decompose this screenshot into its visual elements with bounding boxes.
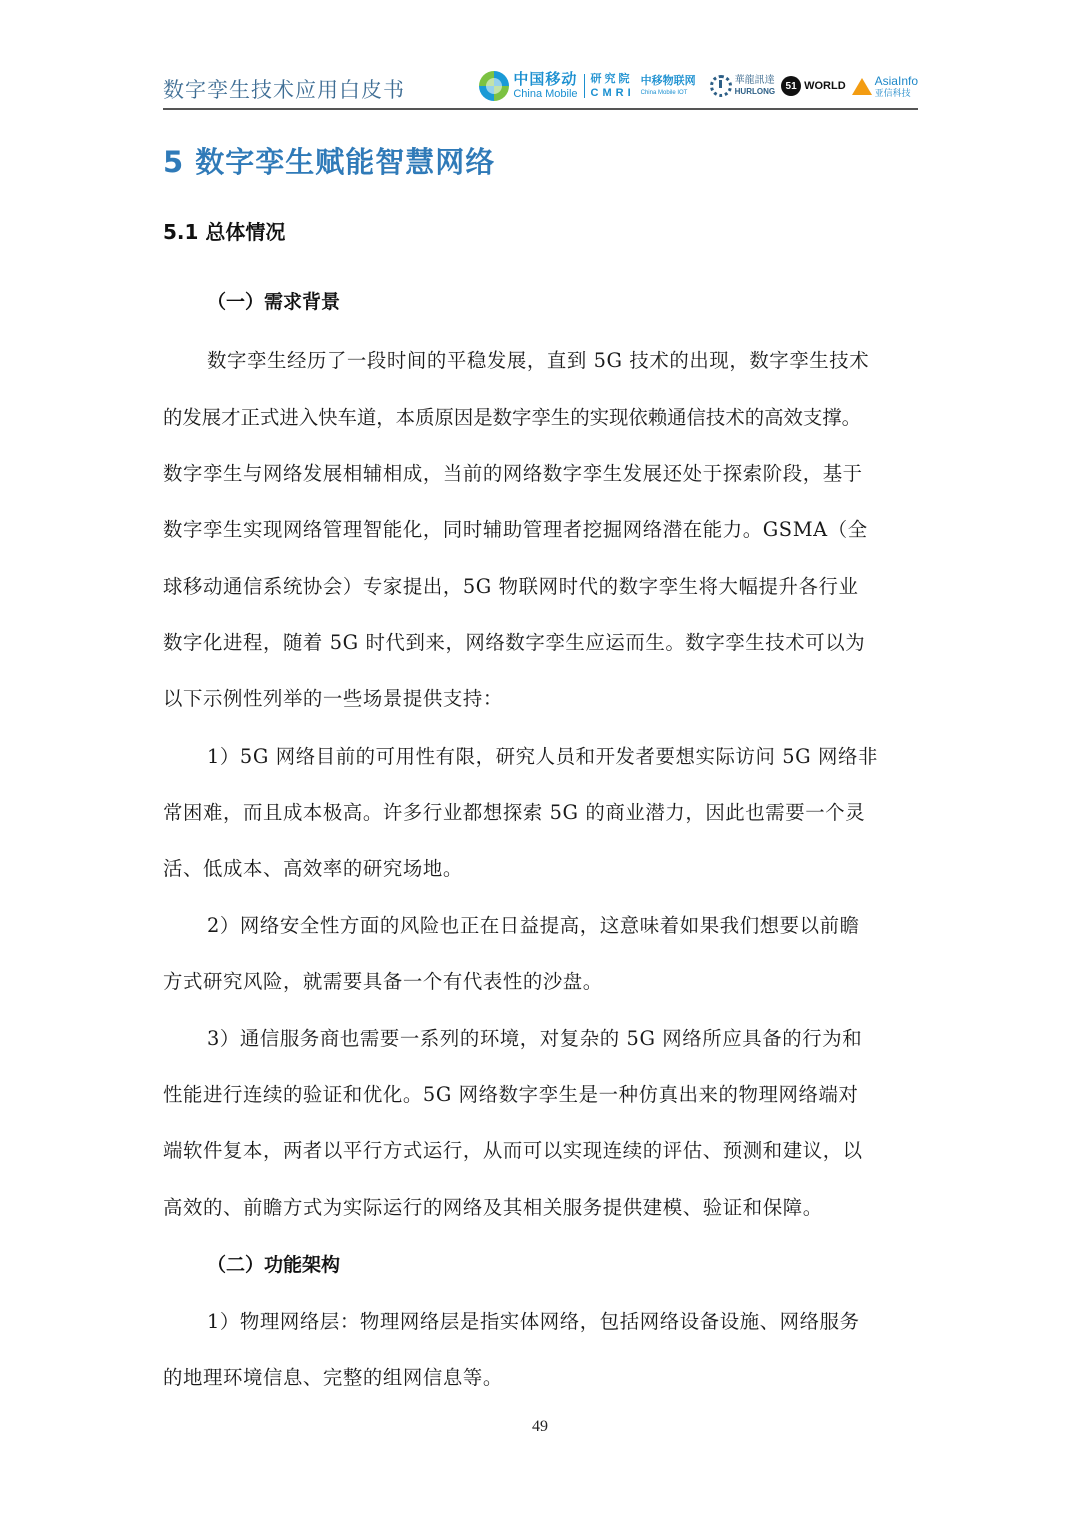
page-header: 数字孪生技术应用白皮书 中国移动 China Mobile 研究院 CMRI 中… [163, 62, 918, 108]
iot-cn: 中移物联网 [641, 76, 696, 87]
paragraph-line: 球移动通信系统协会）专家提出，5G 物联网时代的数字孪生将大幅提升各行业 [163, 571, 858, 599]
51world-logo: 51 WORLD [781, 76, 846, 96]
subsection-heading: （二）功能架构 [207, 1250, 340, 1277]
document-title: 数字孪生技术应用白皮书 [163, 74, 405, 104]
asiainfo-logo: AsiaInfo 亚信科技 [852, 75, 918, 98]
china-mobile-iot-logo: 中移物联网 China Mobile IOT [641, 76, 696, 96]
list-item-line: 高效的、前瞻方式为实际运行的网络及其相关服务提供建模、验证和保障。 [163, 1192, 823, 1220]
paragraph-line: 数字孪生经历了一段时间的平稳发展，直到 5G 技术的出现，数字孪生技术 [207, 345, 869, 373]
list-item-line: 活、低成本、高效率的研究场地。 [163, 853, 463, 881]
hurlong-gear-icon [710, 75, 732, 97]
page-number: 49 [0, 1418, 1080, 1436]
subsection-heading: （一）需求背景 [207, 287, 340, 314]
list-item-line: 1）物理网络层：物理网络层是指实体网络，包括网络设备设施、网络服务 [207, 1306, 860, 1334]
hurlong-logo: 華龍訊達 HURLONG [710, 75, 775, 97]
asiainfo-triangle-icon [852, 78, 872, 95]
51world-text: WORLD [804, 80, 846, 92]
list-item-line: 1）5G 网络目前的可用性有限，研究人员和开发者要想实际访问 5G 网络非 [207, 741, 878, 769]
list-item-line: 性能进行连续的验证和优化。5G 网络数字孪生是一种仿真出来的物理网络端对 [163, 1079, 858, 1107]
list-item-line: 常困难，而且成本极高。许多行业都想探索 5G 的商业潜力，因此也需要一个灵 [163, 797, 865, 825]
cmri-logo: 研究院 CMRI [591, 74, 635, 99]
china-mobile-cn: 中国移动 [513, 72, 577, 87]
asiainfo-cn: 亚信科技 [875, 89, 918, 98]
logo-divider [584, 74, 585, 98]
list-item-line: 的地理环境信息、完整的组网信息等。 [163, 1362, 503, 1390]
section-title: 5.1 总体情况 [163, 216, 285, 245]
paragraph-line: 数字化进程，随着 5G 时代到来，网络数字孪生应运而生。数字孪生技术可以为 [163, 627, 865, 655]
51-circle-icon: 51 [781, 76, 801, 96]
hurlong-en: HURLONG [735, 88, 775, 96]
list-item-line: 方式研究风险，就需要具备一个有代表性的沙盘。 [163, 966, 603, 994]
paragraph-line: 以下示例性列举的一些场景提供支持： [163, 683, 503, 711]
paragraph-line: 数字孪生实现网络管理智能化，同时辅助管理者挖掘网络潜在能力。GSMA（全 [163, 514, 868, 542]
iot-en: China Mobile IOT [641, 90, 696, 96]
paragraph-line: 的发展才正式进入快车道，本质原因是数字孪生的实现依赖通信技术的高效支撑。 [163, 402, 861, 430]
cmri-cn: 研究院 [591, 74, 635, 85]
cmri-en: CMRI [591, 88, 635, 99]
list-item-line: 端软件复本，两者以平行方式运行，从而可以实现连续的评估、预测和建议，以 [163, 1135, 863, 1163]
list-item-line: 3）通信服务商也需要一系列的环境，对复杂的 5G 网络所应具备的行为和 [207, 1023, 862, 1051]
list-item-line: 2）网络安全性方面的风险也正在日益提高，这意味着如果我们想要以前瞻 [207, 910, 860, 938]
paragraph-line: 数字孪生与网络发展相辅相成，当前的网络数字孪生发展还处于探索阶段，基于 [163, 458, 863, 486]
chapter-title: 5 数字孪生赋能智慧网络 [163, 140, 495, 181]
partner-logos: 中国移动 China Mobile 研究院 CMRI 中移物联网 China M… [479, 68, 918, 104]
china-mobile-en: China Mobile [513, 89, 577, 100]
china-mobile-logo: 中国移动 China Mobile [479, 71, 577, 101]
hurlong-cn: 華龍訊達 [735, 76, 775, 86]
asiainfo-en: AsiaInfo [875, 75, 918, 87]
china-mobile-icon [479, 71, 509, 101]
header-divider [163, 108, 918, 110]
